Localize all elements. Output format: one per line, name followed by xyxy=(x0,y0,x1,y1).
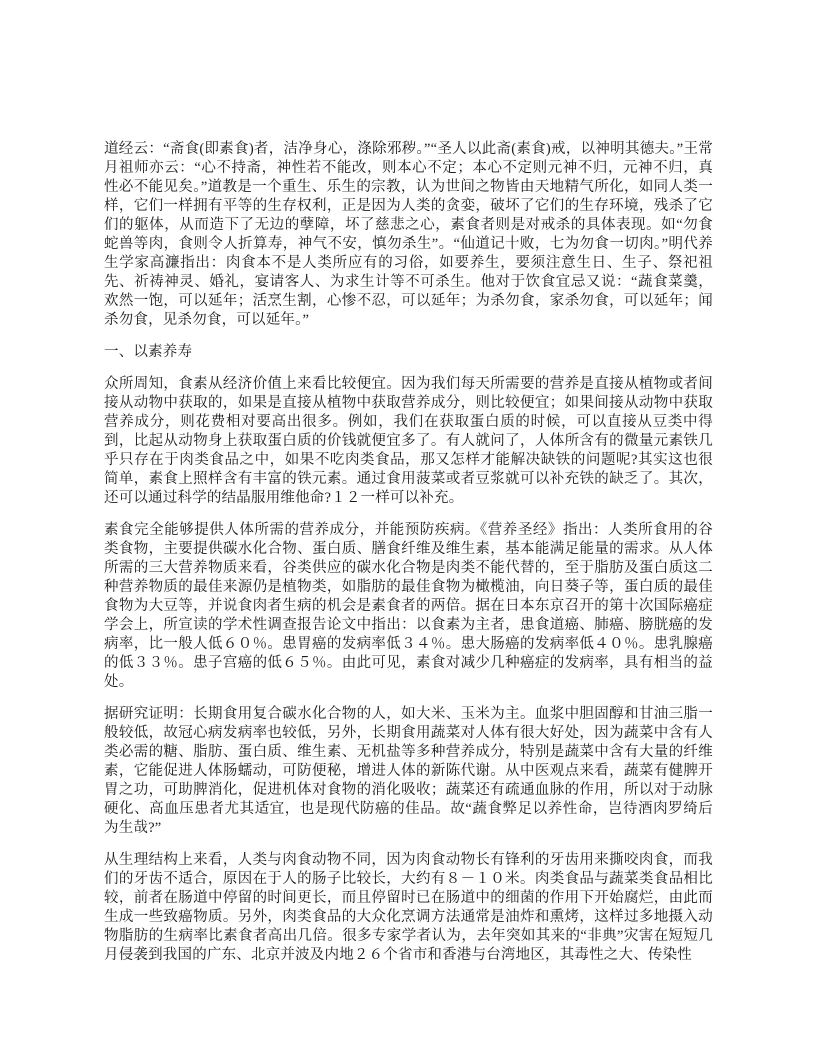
paragraph-physiology-sars: 从生理结构上来看，人类与肉食动物不同，因为肉食动物长有锋利的牙齿用来撕咬肉食，而… xyxy=(104,851,713,965)
paragraph-economic-value: 众所周知，食素从经济价值上来看比较便宜。因为我们每天所需要的营养是直接从植物或者… xyxy=(104,375,713,508)
document-page: 道经云：“斋食(即素食)者，洁净身心，涤除邪秽。”“圣人以此斋(素食)戒，以神明… xyxy=(104,140,713,965)
paragraph-research-vegetables: 据研究证明：长期食用复合碳水化合物的人，如大米、玉米为主。血浆中胆固醇和甘油三脂… xyxy=(104,705,713,838)
paragraph-nutrition-cancer: 素食完全能够提供人体所需的营养成分，并能预防疾病。《营养圣经》指出：人类所食用的… xyxy=(104,521,713,692)
section-heading-1: 一、以素养寿 xyxy=(104,343,713,362)
paragraph-taoist-quotes: 道经云：“斋食(即素食)者，洁净身心，涤除邪秽。”“圣人以此斋(素食)戒，以神明… xyxy=(104,140,713,330)
